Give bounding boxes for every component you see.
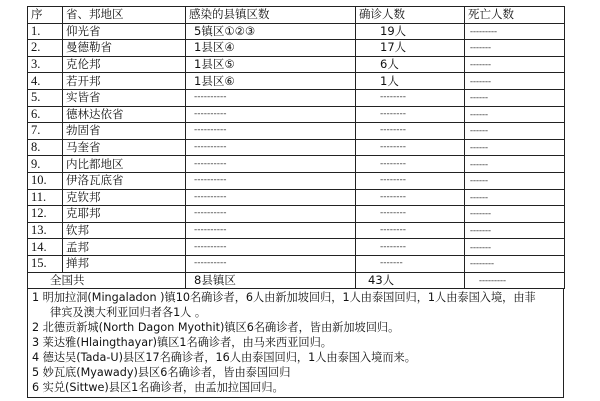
row-counties: 1县区⑥ [186,73,356,90]
table-header-row: 序 省、邦地区 感染的县镇区数 确诊人数 死亡人数 [28,7,565,24]
row-counties: ---------- [186,156,356,173]
table-row: 5.实皆省------------------------ [28,89,565,106]
row-region: 钦邦 [63,222,186,239]
footnote-2: 2 北德贡新城(North Dagon Myothit)镇区6名确诊者，皆由新加… [32,320,559,335]
table-row: 9.内比都地区------------------------ [28,156,565,173]
footnote-1: 1 明加拉洞(Mingaladon )镇10名确诊者，6人由新加坡回归，1人由泰… [32,290,559,305]
total-confirmed: 43人 [356,272,465,289]
row-deaths: --------- [465,23,565,40]
row-region: 仰光省 [63,23,186,40]
row-counties: ---------- [186,239,356,256]
table-row: 8.马奎省------------------------ [28,139,565,156]
table-row: 11.克钦邦------------------------ [28,189,565,206]
row-seq: 5. [28,89,63,106]
row-region: 若开邦 [63,73,186,90]
row-region: 实皆省 [63,89,186,106]
row-region: 克钦邦 [63,189,186,206]
row-seq: 4. [28,73,63,90]
row-confirmed: 17人 [356,40,465,57]
total-row: 全国共8县镇区43人--------- [28,272,565,289]
row-confirmed: -------- [356,222,465,239]
row-deaths: ------ [465,189,565,206]
row-region: 掸邦 [63,255,186,272]
row-deaths: ------- [465,239,565,256]
row-seq: 10. [28,172,63,189]
header-counties: 感染的县镇区数 [186,7,356,24]
row-confirmed: -------- [356,172,465,189]
total-deaths: --------- [465,272,565,289]
row-seq: 1. [28,23,63,40]
row-confirmed: -------- [356,89,465,106]
table-row: 15.掸邦------------------------- [28,255,565,272]
row-counties: ---------- [186,89,356,106]
row-counties: ---------- [186,255,356,272]
total-label: 全国共 [28,272,186,289]
table-row: 13.钦邦------------------------- [28,222,565,239]
row-confirmed: -------- [356,106,465,123]
row-seq: 3. [28,56,63,73]
row-deaths: ------- [465,73,565,90]
row-counties: 1县区④ [186,40,356,57]
row-counties: 5镇区①②③ [186,23,356,40]
row-region: 勃固省 [63,123,186,140]
row-deaths: ------ [465,106,565,123]
row-counties: 1县区⑤ [186,56,356,73]
table-row: 6.德林达依省------------------------ [28,106,565,123]
row-counties: ---------- [186,139,356,156]
row-counties: ---------- [186,222,356,239]
row-seq: 9. [28,156,63,173]
row-confirmed: -------- [356,139,465,156]
table-row: 2.曼德勒省1县区④17人------- [28,40,565,57]
row-confirmed: 6人 [356,56,465,73]
row-seq: 14. [28,239,63,256]
row-seq: 12. [28,206,63,223]
row-confirmed: -------- [356,206,465,223]
row-region: 德林达依省 [63,106,186,123]
header-confirmed: 确诊人数 [356,7,465,24]
total-counties: 8县镇区 [186,272,356,289]
row-seq: 8. [28,139,63,156]
header-region: 省、邦地区 [63,7,186,24]
row-region: 克伦邦 [63,56,186,73]
row-deaths: ------- [465,40,565,57]
table-row: 12.克耶邦------------------------- [28,206,565,223]
table-row: 7.勃固省------------------------ [28,123,565,140]
footnote-1-continued: 律宾及澳大利亚回归者各1人 。 [32,305,559,320]
footnote-6: 6 实兑(Sittwe)县区1名确诊者，由孟加拉国回归。 [32,380,559,395]
row-region: 克耶邦 [63,206,186,223]
row-confirmed: 1人 [356,73,465,90]
table-row: 3.克伦邦1县区⑤6人------- [28,56,565,73]
table-row: 1.仰光省5镇区①②③19人--------- [28,23,565,40]
table-row: 10.伊洛瓦底省------------------------ [28,172,565,189]
footnote-5: 5 妙瓦底(Myawady)县区6名确诊者，皆由泰国回归 [32,365,559,380]
row-deaths: ------- [465,56,565,73]
footnote-3: 3 莱达雅(Hlaingthayar)镇区1名确诊者，由马来西亚回归。 [32,335,559,350]
row-confirmed: -------- [356,156,465,173]
row-counties: ---------- [186,206,356,223]
row-region: 孟邦 [63,239,186,256]
cases-by-region-table: 序 省、邦地区 感染的县镇区数 确诊人数 死亡人数 1.仰光省5镇区①②③19人… [27,6,565,289]
row-deaths: ------ [465,139,565,156]
footnote-4: 4 德达吴(Tada-U)县区17名确诊者，16人由泰国回归，1人由泰国入境而来… [32,350,559,365]
row-deaths: ------- [465,222,565,239]
row-deaths: -------- [465,255,565,272]
row-seq: 13. [28,222,63,239]
footnotes: 1 明加拉洞(Mingaladon )镇10名确诊者，6人由新加坡回归，1人由泰… [27,289,564,398]
row-deaths: ------ [465,172,565,189]
row-region: 马奎省 [63,139,186,156]
row-counties: ---------- [186,189,356,206]
row-counties: ---------- [186,172,356,189]
row-deaths: ------- [465,206,565,223]
row-deaths: ------ [465,89,565,106]
row-counties: ---------- [186,123,356,140]
row-counties: ---------- [186,106,356,123]
header-seq: 序 [28,7,63,24]
row-confirmed: -------- [356,189,465,206]
row-seq: 6. [28,106,63,123]
table-row: 14.孟邦------------------------- [28,239,565,256]
row-region: 曼德勒省 [63,40,186,57]
row-seq: 11. [28,189,63,206]
row-confirmed: -------- [356,123,465,140]
row-deaths: ------ [465,123,565,140]
covid-cases-document: 序 省、邦地区 感染的县镇区数 确诊人数 死亡人数 1.仰光省5镇区①②③19人… [27,6,564,398]
row-deaths: ------ [465,156,565,173]
row-region: 伊洛瓦底省 [63,172,186,189]
row-confirmed: -------- [356,239,465,256]
row-confirmed: ------- [356,255,465,272]
header-deaths: 死亡人数 [465,7,565,24]
row-seq: 15. [28,255,63,272]
row-seq: 7. [28,123,63,140]
table-row: 4.若开邦1县区⑥1人------- [28,73,565,90]
row-confirmed: 19人 [356,23,465,40]
row-region: 内比都地区 [63,156,186,173]
row-seq: 2. [28,40,63,57]
